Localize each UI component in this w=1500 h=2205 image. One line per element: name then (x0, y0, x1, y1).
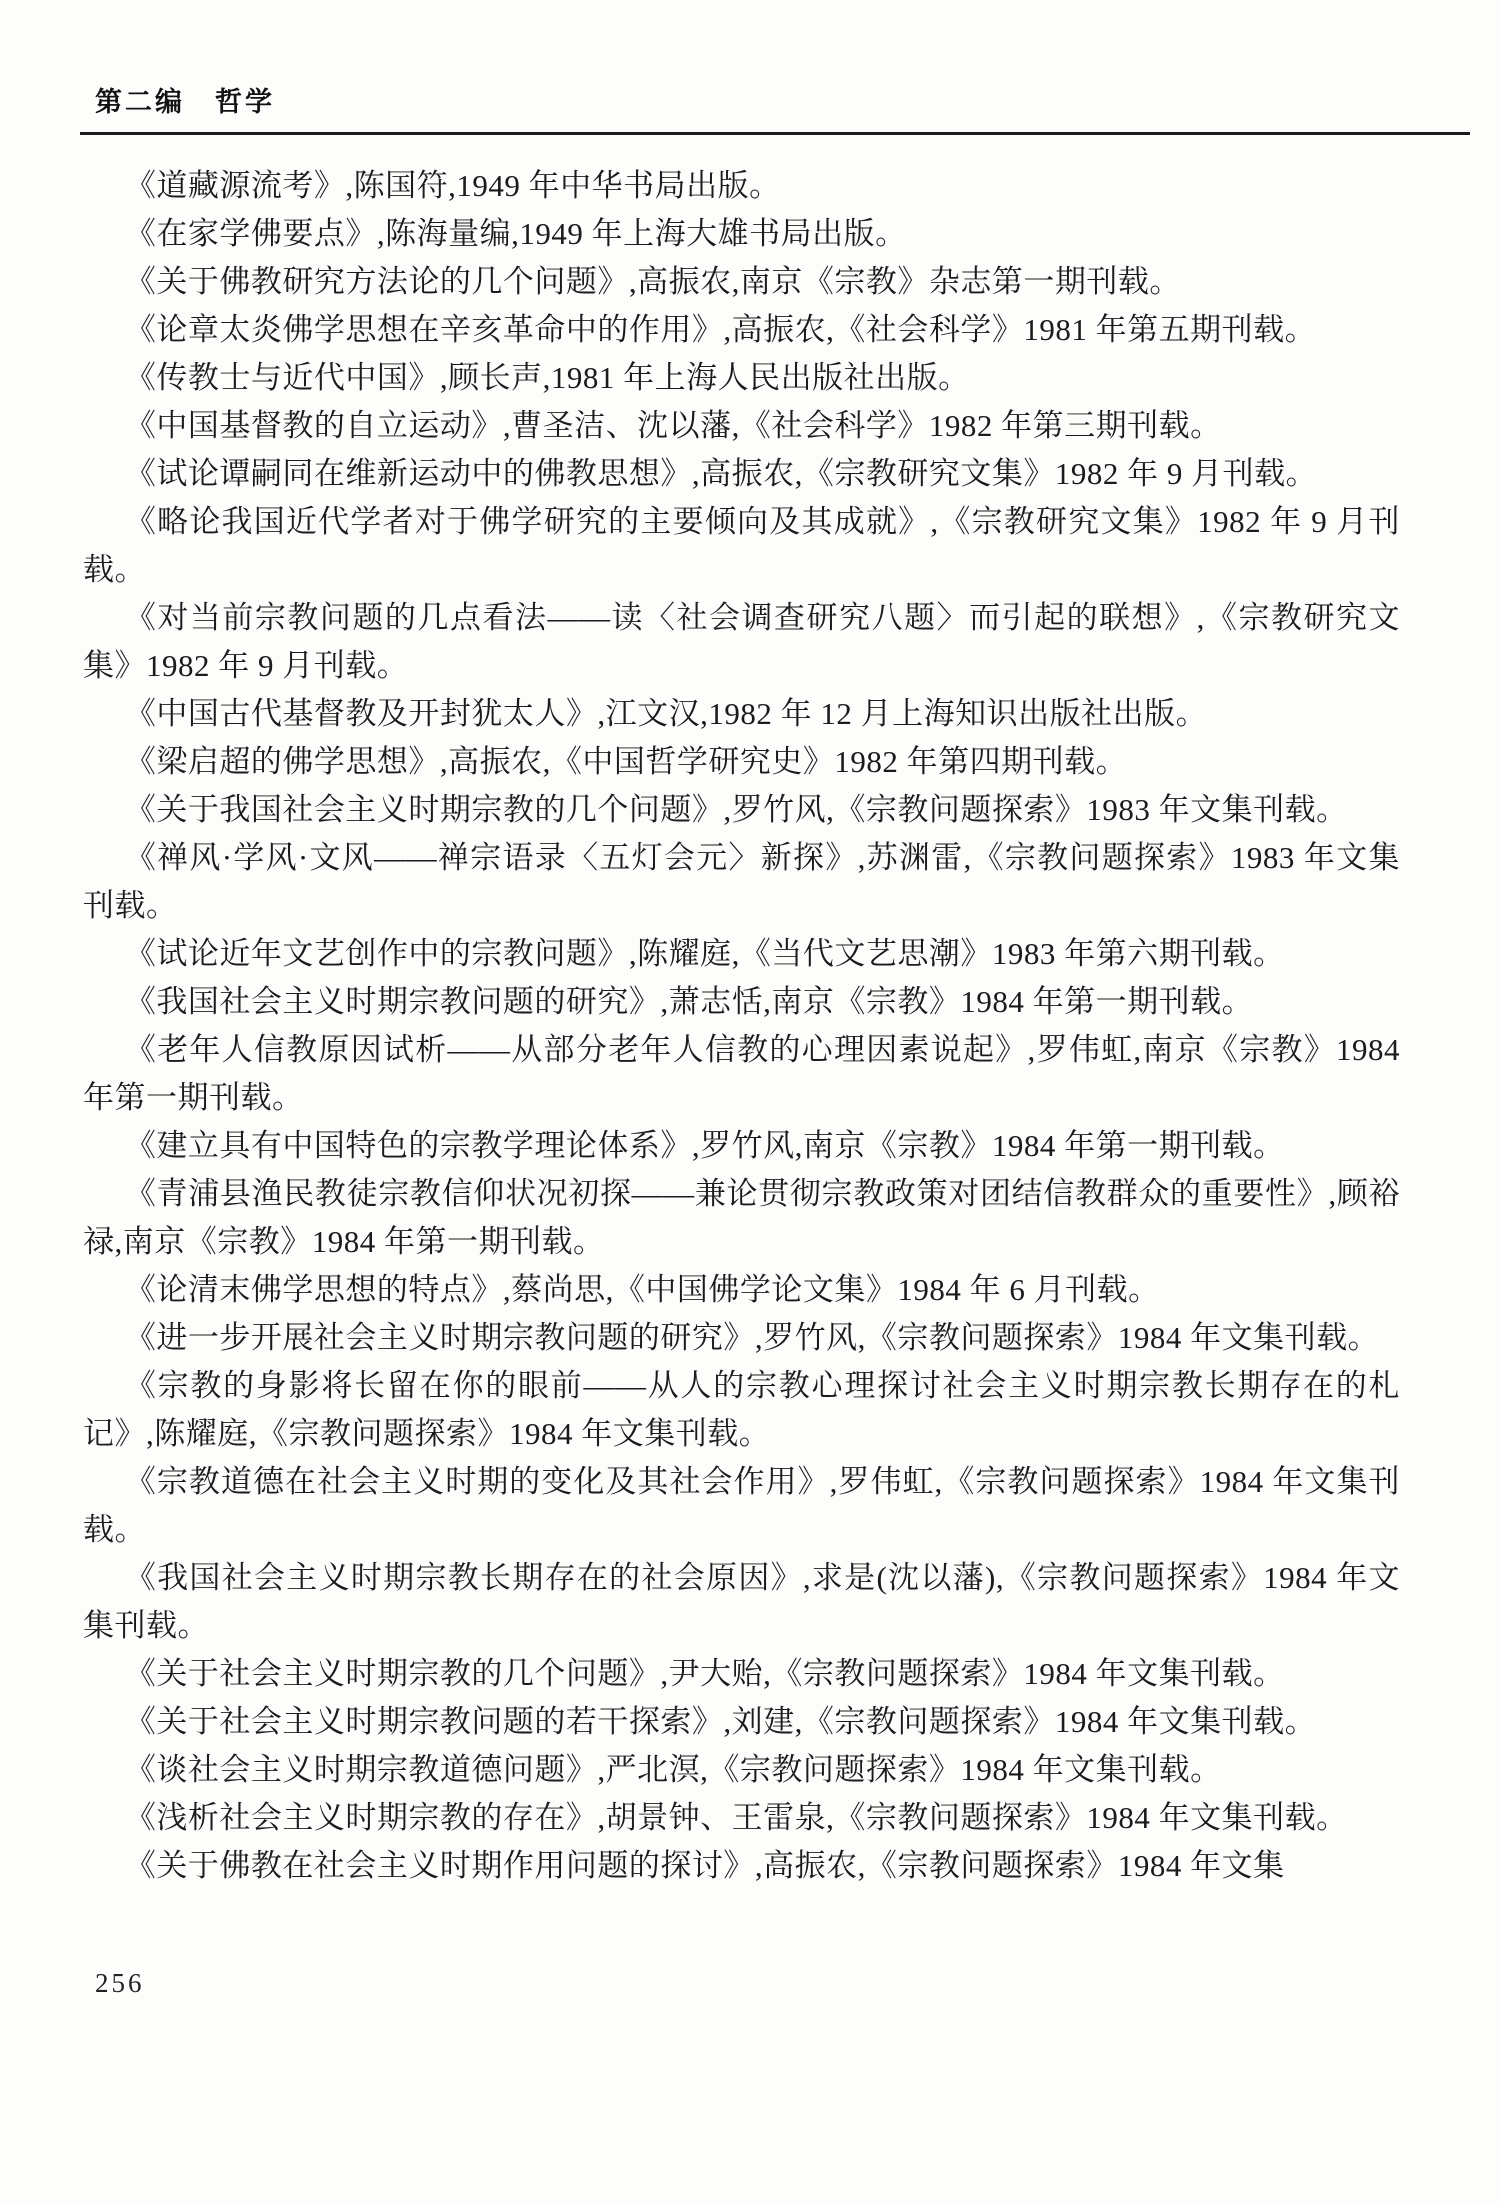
bibliography-entry: 《传教士与近代中国》,顾长声,1981 年上海人民出版社出版。 (83, 354, 1400, 402)
section-header: 第二编 哲学 (95, 80, 1500, 119)
bibliography-entry: 《对当前宗教问题的几点看法——读〈社会调查研究八题〉而引起的联想》,《宗教研究文… (83, 594, 1400, 690)
bibliography-list: 《道藏源流考》,陈国符,1949 年中华书局出版。《在家学佛要点》,陈海量编,1… (83, 162, 1400, 1890)
bibliography-entry: 《论清末佛学思想的特点》,蔡尚思,《中国佛学论文集》1984 年 6 月刊载。 (83, 1266, 1400, 1314)
bibliography-entry: 《谈社会主义时期宗教道德问题》,严北溟,《宗教问题探索》1984 年文集刊载。 (83, 1746, 1400, 1794)
bibliography-entry: 《宗教道德在社会主义时期的变化及其社会作用》,罗伟虹,《宗教问题探索》1984 … (83, 1458, 1400, 1554)
bibliography-entry: 《浅析社会主义时期宗教的存在》,胡景钟、王雷泉,《宗教问题探索》1984 年文集… (83, 1794, 1400, 1842)
bibliography-entry: 《中国古代基督教及开封犹太人》,江文汉,1982 年 12 月上海知识出版社出版… (83, 690, 1400, 738)
bibliography-entry: 《关于我国社会主义时期宗教的几个问题》,罗竹风,《宗教问题探索》1983 年文集… (83, 786, 1400, 834)
bibliography-entry: 《青浦县渔民教徒宗教信仰状况初探——兼论贯彻宗教政策对团结信教群众的重要性》,顾… (83, 1170, 1400, 1266)
bibliography-entry: 《梁启超的佛学思想》,高振农,《中国哲学研究史》1982 年第四期刊载。 (83, 738, 1400, 786)
bibliography-entry: 《宗教的身影将长留在你的眼前——从人的宗教心理探讨社会主义时期宗教长期存在的札记… (83, 1362, 1400, 1458)
bibliography-entry: 《我国社会主义时期宗教长期存在的社会原因》,求是(沈以藩),《宗教问题探索》19… (83, 1554, 1400, 1650)
bibliography-entry: 《禅风·学风·文风——禅宗语录〈五灯会元〉新探》,苏渊雷,《宗教问题探索》198… (83, 834, 1400, 930)
scanned-book-page: 第二编 哲学 《道藏源流考》,陈国符,1949 年中华书局出版。《在家学佛要点》… (0, 0, 1500, 2205)
bibliography-entry: 《论章太炎佛学思想在辛亥革命中的作用》,高振农,《社会科学》1981 年第五期刊… (83, 306, 1400, 354)
bibliography-entry: 《在家学佛要点》,陈海量编,1949 年上海大雄书局出版。 (83, 210, 1400, 258)
bibliography-entry: 《试论谭嗣同在维新运动中的佛教思想》,高振农,《宗教研究文集》1982 年 9 … (83, 450, 1400, 498)
bibliography-entry: 《试论近年文艺创作中的宗教问题》,陈耀庭,《当代文艺思潮》1983 年第六期刊载… (83, 930, 1400, 978)
bibliography-entry: 《建立具有中国特色的宗教学理论体系》,罗竹风,南京《宗教》1984 年第一期刊载… (83, 1122, 1400, 1170)
page-number: 256 (95, 1968, 145, 1999)
bibliography-entry: 《关于佛教研究方法论的几个问题》,高振农,南京《宗教》杂志第一期刊载。 (83, 258, 1400, 306)
bibliography-entry: 《中国基督教的自立运动》,曹圣洁、沈以藩,《社会科学》1982 年第三期刊载。 (83, 402, 1400, 450)
bibliography-entry: 《道藏源流考》,陈国符,1949 年中华书局出版。 (83, 162, 1400, 210)
header-rule (80, 132, 1470, 135)
bibliography-entry: 《关于佛教在社会主义时期作用问题的探讨》,高振农,《宗教问题探索》1984 年文… (83, 1842, 1400, 1890)
bibliography-entry: 《关于社会主义时期宗教的几个问题》,尹大贻,《宗教问题探索》1984 年文集刊载… (83, 1650, 1400, 1698)
bibliography-entry: 《关于社会主义时期宗教问题的若干探索》,刘建,《宗教问题探索》1984 年文集刊… (83, 1698, 1400, 1746)
bibliography-entry: 《我国社会主义时期宗教问题的研究》,萧志恬,南京《宗教》1984 年第一期刊载。 (83, 978, 1400, 1026)
bibliography-entry: 《略论我国近代学者对于佛学研究的主要倾向及其成就》,《宗教研究文集》1982 年… (83, 498, 1400, 594)
bibliography-entry: 《进一步开展社会主义时期宗教问题的研究》,罗竹风,《宗教问题探索》1984 年文… (83, 1314, 1400, 1362)
page-header: 第二编 哲学 (0, 0, 1500, 135)
bibliography-entry: 《老年人信教原因试析——从部分老年人信教的心理因素说起》,罗伟虹,南京《宗教》1… (83, 1026, 1400, 1122)
